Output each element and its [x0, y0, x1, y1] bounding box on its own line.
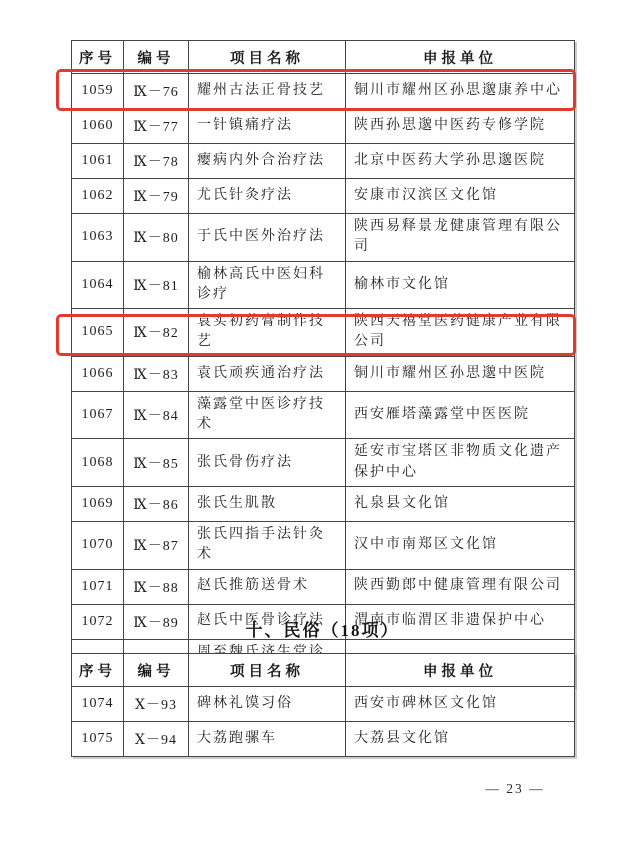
- cell-no: 1075: [72, 722, 124, 757]
- cell-code: Ⅸ－87: [124, 521, 189, 569]
- cell-no: 1067: [72, 391, 124, 439]
- cell-name: 耀州古法正骨技艺: [189, 74, 346, 109]
- cell-name: 瘿病内外合治疗法: [189, 144, 346, 179]
- cell-unit: 陕西天禧堂医药健康产业有限公司: [346, 309, 575, 357]
- cell-code: Ⅸ－80: [124, 214, 189, 262]
- cell-code: Ⅸ－85: [124, 439, 189, 487]
- cell-no: 1061: [72, 144, 124, 179]
- cell-no: 1074: [72, 687, 124, 722]
- cell-name: 袁实初药膏制作技艺: [189, 309, 346, 357]
- cell-no: 1065: [72, 309, 124, 357]
- table-row: 1065Ⅸ－82袁实初药膏制作技艺陕西天禧堂医药健康产业有限公司: [72, 309, 575, 357]
- cell-no: 1060: [72, 109, 124, 144]
- cell-unit: 陕西孙思邈中医药专修学院: [346, 109, 575, 144]
- table-row: 1068Ⅸ－85张氏骨伤疗法延安市宝塔区非物质文化遗产保护中心: [72, 439, 575, 487]
- cell-name: 榆林高氏中医妇科诊疗: [189, 261, 346, 309]
- page-number: — 23 —: [455, 781, 575, 797]
- table-row: 1064Ⅸ－81榆林高氏中医妇科诊疗榆林市文化馆: [72, 261, 575, 309]
- column-header: 序号: [72, 654, 124, 687]
- cell-unit: 榆林市文化馆: [346, 261, 575, 309]
- table-row: 1061Ⅸ－78瘿病内外合治疗法北京中医药大学孙思邈医院: [72, 144, 575, 179]
- cell-code: Ⅹ－94: [124, 722, 189, 757]
- cell-name: 张氏生肌散: [189, 486, 346, 521]
- table-row: 1062Ⅸ－79尤氏针灸疗法安康市汉滨区文化馆: [72, 179, 575, 214]
- document-page: 序号编号项目名称申报单位 1059Ⅸ－76耀州古法正骨技艺铜川市耀州区孙思邈康养…: [0, 0, 628, 844]
- section-title: 十、民俗（18项）: [71, 616, 574, 641]
- cell-unit: 陕西勤郎中健康管理有限公司: [346, 569, 575, 604]
- column-header: 编号: [124, 654, 189, 687]
- cell-unit: 大荔县文化馆: [346, 722, 575, 757]
- table-row: 1071Ⅸ－88赵氏推筋送骨术陕西勤郎中健康管理有限公司: [72, 569, 575, 604]
- cell-no: 1069: [72, 486, 124, 521]
- cell-unit: 铜川市耀州区孙思邈康养中心: [346, 74, 575, 109]
- cell-unit: 北京中医药大学孙思邈医院: [346, 144, 575, 179]
- table-row: 1069Ⅸ－86张氏生肌散礼泉县文化馆: [72, 486, 575, 521]
- projects-table-folk-customs: 序号编号项目名称申报单位 1074Ⅹ－93碑林礼馍习俗西安市碑林区文化馆1075…: [71, 653, 575, 757]
- cell-name: 张氏骨伤疗法: [189, 439, 346, 487]
- cell-unit: 铜川市耀州区孙思邈中医院: [346, 356, 575, 391]
- cell-code: Ⅸ－77: [124, 109, 189, 144]
- table-row: 1070Ⅸ－87张氏四指手法针灸术汉中市南郑区文化馆: [72, 521, 575, 569]
- cell-name: 大荔跑骡车: [189, 722, 346, 757]
- cell-code: Ⅸ－88: [124, 569, 189, 604]
- table-row: 1059Ⅸ－76耀州古法正骨技艺铜川市耀州区孙思邈康养中心: [72, 74, 575, 109]
- cell-name: 张氏四指手法针灸术: [189, 521, 346, 569]
- cell-no: 1070: [72, 521, 124, 569]
- table-row: 1075Ⅹ－94大荔跑骡车大荔县文化馆: [72, 722, 575, 757]
- column-header: 序号: [72, 41, 124, 74]
- table-header-row: 序号编号项目名称申报单位: [72, 654, 575, 687]
- column-header: 申报单位: [346, 41, 575, 74]
- column-header: 申报单位: [346, 654, 575, 687]
- cell-unit: 西安市碑林区文化馆: [346, 687, 575, 722]
- cell-code: Ⅸ－83: [124, 356, 189, 391]
- cell-name: 赵氏推筋送骨术: [189, 569, 346, 604]
- cell-no: 1059: [72, 74, 124, 109]
- cell-code: Ⅸ－86: [124, 486, 189, 521]
- cell-no: 1062: [72, 179, 124, 214]
- cell-name: 一针镇痛疗法: [189, 109, 346, 144]
- table-row: 1060Ⅸ－77一针镇痛疗法陕西孙思邈中医药专修学院: [72, 109, 575, 144]
- cell-name: 碑林礼馍习俗: [189, 687, 346, 722]
- table-header-row: 序号编号项目名称申报单位: [72, 41, 575, 74]
- cell-name: 袁氏顽疾通治疗法: [189, 356, 346, 391]
- cell-code: Ⅸ－76: [124, 74, 189, 109]
- cell-code: Ⅸ－81: [124, 261, 189, 309]
- cell-name: 尤氏针灸疗法: [189, 179, 346, 214]
- cell-unit: 西安雁塔藻露堂中医医院: [346, 391, 575, 439]
- cell-unit: 安康市汉滨区文化馆: [346, 179, 575, 214]
- cell-code: Ⅸ－82: [124, 309, 189, 357]
- column-header: 项目名称: [189, 654, 346, 687]
- cell-code: Ⅸ－79: [124, 179, 189, 214]
- cell-no: 1068: [72, 439, 124, 487]
- table-row: 1067Ⅸ－84藻露堂中医诊疗技术西安雁塔藻露堂中医医院: [72, 391, 575, 439]
- projects-table-medicine: 序号编号项目名称申报单位 1059Ⅸ－76耀州古法正骨技艺铜川市耀州区孙思邈康养…: [71, 40, 575, 687]
- cell-code: Ⅸ－84: [124, 391, 189, 439]
- table-row: 1063Ⅸ－80于氏中医外治疗法陕西易释景龙健康管理有限公司: [72, 214, 575, 262]
- cell-name: 藻露堂中医诊疗技术: [189, 391, 346, 439]
- cell-no: 1063: [72, 214, 124, 262]
- table-row: 1066Ⅸ－83袁氏顽疾通治疗法铜川市耀州区孙思邈中医院: [72, 356, 575, 391]
- table-row: 1074Ⅹ－93碑林礼馍习俗西安市碑林区文化馆: [72, 687, 575, 722]
- cell-name: 于氏中医外治疗法: [189, 214, 346, 262]
- cell-unit: 礼泉县文化馆: [346, 486, 575, 521]
- cell-unit: 汉中市南郑区文化馆: [346, 521, 575, 569]
- cell-unit: 延安市宝塔区非物质文化遗产保护中心: [346, 439, 575, 487]
- cell-code: Ⅹ－93: [124, 687, 189, 722]
- cell-unit: 陕西易释景龙健康管理有限公司: [346, 214, 575, 262]
- cell-no: 1064: [72, 261, 124, 309]
- cell-no: 1066: [72, 356, 124, 391]
- cell-no: 1071: [72, 569, 124, 604]
- cell-code: Ⅸ－78: [124, 144, 189, 179]
- column-header: 编号: [124, 41, 189, 74]
- column-header: 项目名称: [189, 41, 346, 74]
